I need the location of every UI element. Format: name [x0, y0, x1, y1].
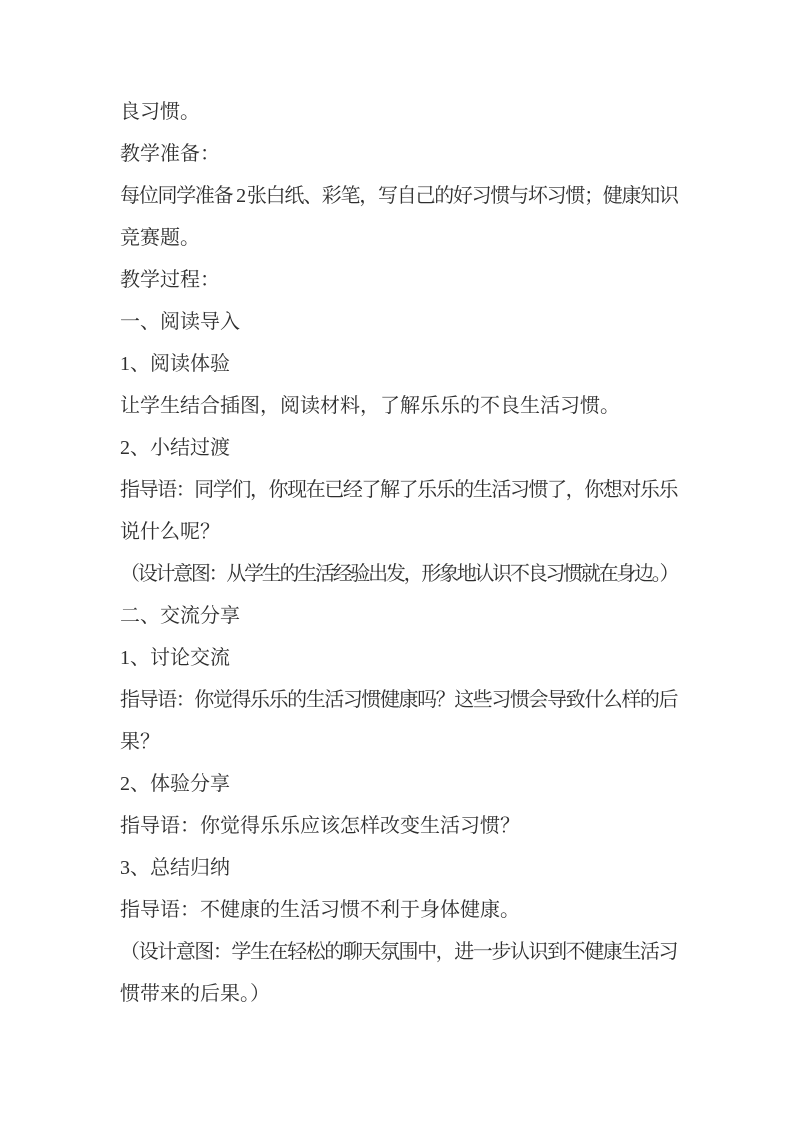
- document-line: 2、体验分享: [120, 763, 676, 805]
- document-line: 1、讨论交流: [120, 637, 676, 679]
- document-line: 指导语：你觉得乐乐的生活习惯健康吗？这些习惯会导致什么样的后: [120, 679, 676, 721]
- document-line: 果？: [120, 721, 676, 763]
- document-line: 指导语：你觉得乐乐应该怎样改变生活习惯？: [120, 805, 676, 847]
- document-page: 良习惯。 教学准备： 每位同学准备 2 张白纸、彩笔，写自己的好习惯与坏习惯；健…: [0, 0, 793, 1122]
- document-line: 一、阅读导入: [120, 301, 676, 343]
- document-line: 每位同学准备 2 张白纸、彩笔，写自己的好习惯与坏习惯；健康知识: [120, 175, 676, 217]
- document-text-block: 良习惯。 教学准备： 每位同学准备 2 张白纸、彩笔，写自己的好习惯与坏习惯；健…: [120, 91, 676, 1015]
- document-line: 竞赛题。: [120, 217, 676, 259]
- document-line: 教学准备：: [120, 133, 676, 175]
- document-line: 说什么呢？: [120, 511, 676, 553]
- document-line: 良习惯。: [120, 91, 676, 133]
- document-line: 1、阅读体验: [120, 343, 676, 385]
- document-line: 让学生结合插图，阅读材料，了解乐乐的不良生活习惯。: [120, 385, 676, 427]
- document-line: （设计意图：学生在轻松的聊天氛围中，进一步认识到不健康生活习: [120, 931, 676, 973]
- document-line: 3、总结归纳: [120, 847, 676, 889]
- document-line: 二、交流分享: [120, 595, 676, 637]
- document-line: （设计意图：从学生的生活经验出发，形象地认识不良习惯就在身边。）: [120, 553, 676, 595]
- document-line: 惯带来的后果。）: [120, 973, 676, 1015]
- document-line: 指导语：同学们，你现在已经了解了乐乐的生活习惯了，你想对乐乐: [120, 469, 676, 511]
- document-line: 指导语：不健康的生活习惯不利于身体健康。: [120, 889, 676, 931]
- document-line: 2、小结过渡: [120, 427, 676, 469]
- document-line: 教学过程：: [120, 259, 676, 301]
